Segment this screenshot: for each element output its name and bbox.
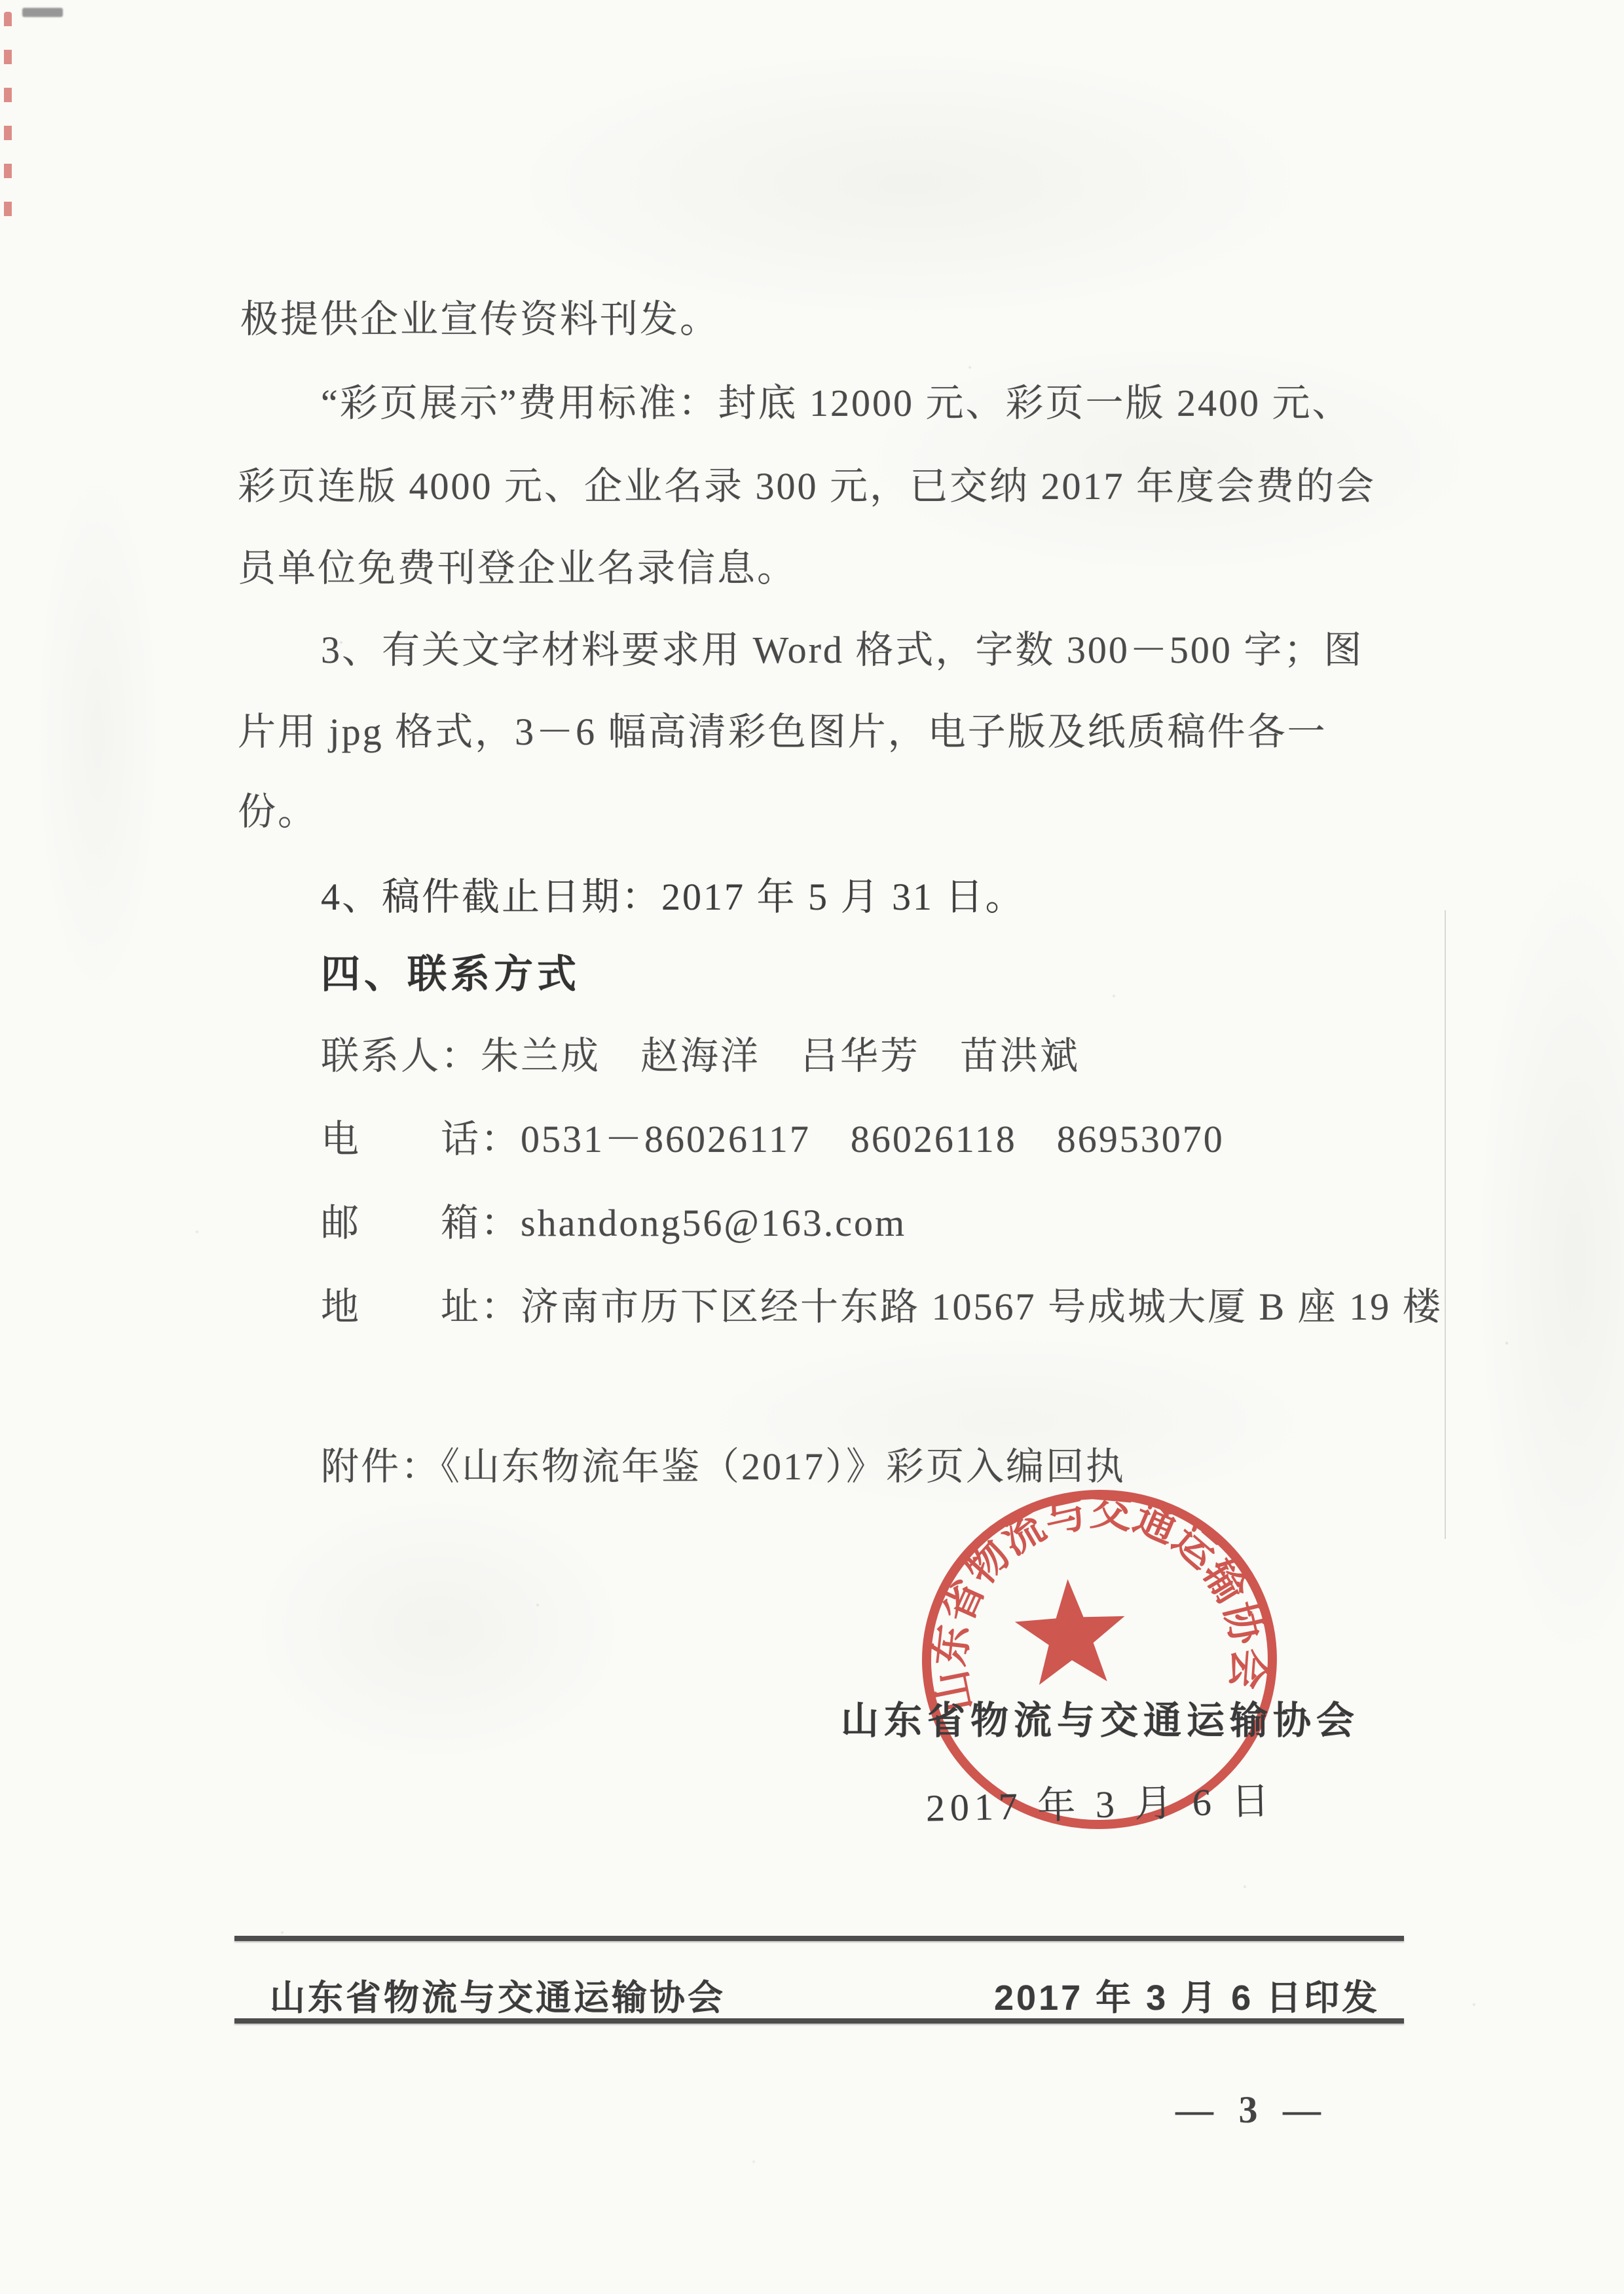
document-page: 极提供企业宣传资料刊发。 “彩页展示”费用标准：封底 12000 元、彩页一版 … <box>0 0 1624 2294</box>
footer-issue-date: 2017 年 3 月 6 日印发 <box>994 1970 1380 2020</box>
contact-email-line: 邮 箱：shandong56@163.com <box>321 1192 906 1247</box>
body-line-1: 极提供企业宣传资料刊发。 <box>240 288 720 343</box>
signature-org: 山东省物流与交通运输协会 <box>822 1690 1378 1745</box>
contact-phone-line: 电 话：0531－86026117 86026118 86953070 <box>321 1108 1225 1163</box>
contact-person-line: 联系人：朱兰成 赵海洋 吕华芳 苗洪斌 <box>321 1025 1080 1080</box>
attachment-line: 附件：《山东物流年鉴（2017）》彩页入编回执 <box>321 1435 1126 1490</box>
contact-address-line: 地 址：济南市历下区经十东路 10567 号成城大厦 B 座 19 楼 <box>321 1276 1443 1331</box>
body-line-4: 员单位免费刊登企业名录信息。 <box>238 537 797 592</box>
body-line-3: 彩页连版 4000 元、企业名录 300 元，已交纳 2017 年度会费的会 <box>238 455 1376 510</box>
scan-corner-mark <box>22 8 63 17</box>
page-number: — 3 — <box>1175 2088 1329 2132</box>
footer-rule-bottom <box>234 2018 1404 2024</box>
body-line-5-indent: 3、有关文字材料要求用 Word 格式，字数 300－500 字；图 <box>321 619 1363 674</box>
scan-fold-line <box>1445 910 1446 1539</box>
body-line-2-indent: “彩页展示”费用标准：封底 12000 元、彩页一版 2400 元、 <box>321 372 1352 427</box>
section-heading-contact: 四、联系方式 <box>321 943 580 999</box>
footer-rule-top <box>234 1936 1404 1941</box>
footer-org: 山东省物流与交通运输协会 <box>270 1970 726 2020</box>
body-line-7: 份。 <box>238 781 318 836</box>
item-4-deadline: 4、稿件截止日期：2017 年 5 月 31 日。 <box>321 866 1025 921</box>
star-icon <box>1013 1576 1128 1686</box>
signature-date: 2017 年 3 月 6 日 <box>821 1767 1379 1834</box>
seal-arc-text: 山东省物流与交通运输协会 <box>918 1479 1274 1716</box>
scan-red-edge-marks <box>4 12 12 228</box>
scan-noise-speckles <box>0 0 1 1</box>
body-line-6: 片用 jpg 格式，3－6 幅高清彩色图片，电子版及纸质稿件各一 <box>238 701 1327 756</box>
